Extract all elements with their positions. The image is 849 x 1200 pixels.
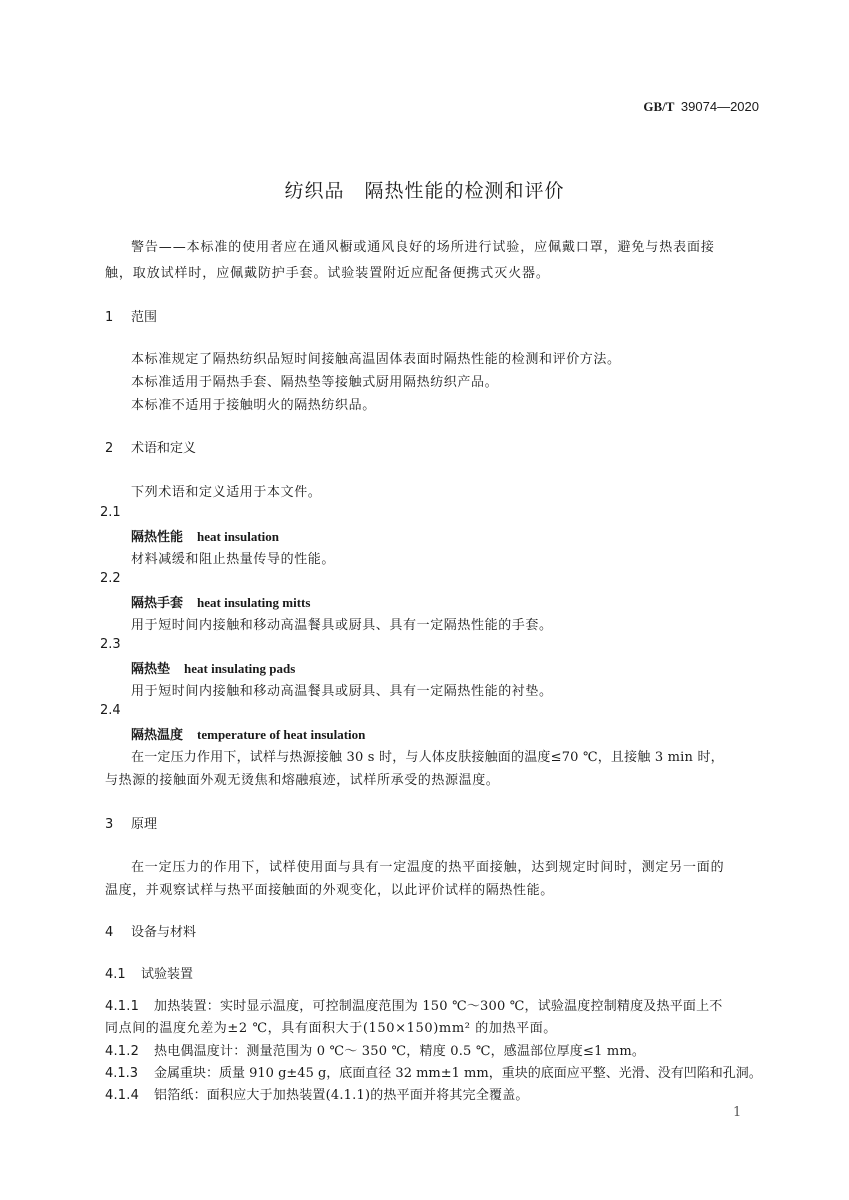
section-4-heading: 4设备与材料 bbox=[105, 921, 196, 940]
principle-line-2: 温度，并观察试样与热平面接触面的外观变化，以此评价试样的隔热性能。 bbox=[105, 879, 554, 898]
document-title: 纺织品 隔热性能的检测和评价 bbox=[0, 176, 849, 203]
warning-line-2: 触，取放试样时，应佩戴防护手套。试验装置附近应配备便携式灭火器。 bbox=[105, 262, 550, 281]
scope-paragraph-2: 本标准适用于隔热手套、隔热垫等接触式厨用隔热纺织产品。 bbox=[131, 371, 498, 390]
standard-code: GB/T 39074—2020 bbox=[643, 99, 759, 115]
term-2-4-title: 隔热温度temperature of heat insulation bbox=[131, 724, 365, 743]
term-2-1-number: 2.1 bbox=[100, 505, 121, 520]
clause-4-1-4: 4.1.4铝箔纸：面积应大于加热装置(4.1.1)的热平面并将其完全覆盖。 bbox=[105, 1084, 529, 1103]
standard-prefix: GB/T bbox=[643, 99, 674, 114]
term-2-2-definition: 用于短时间内接触和移动高温餐具或厨具、具有一定隔热性能的手套。 bbox=[131, 614, 553, 633]
warning-line-1: 警告——本标准的使用者应在通风橱或通风良好的场所进行试验，应佩戴口罩，避免与热表… bbox=[131, 236, 715, 255]
term-2-3-title: 隔热垫heat insulating pads bbox=[131, 658, 295, 677]
terms-intro: 下列术语和定义适用于本文件。 bbox=[131, 481, 321, 500]
clause-4-1-3: 4.1.3金属重块：质量 910 g±45 g，底面直径 32 mm±1 mm，… bbox=[105, 1062, 762, 1081]
term-2-1-definition: 材料减缓和阻止热量传导的性能。 bbox=[131, 548, 335, 567]
page-number: 1 bbox=[733, 1105, 741, 1120]
subsection-4-1-heading: 4.1试验装置 bbox=[105, 963, 193, 982]
term-2-4-definition-line-1: 在一定压力作用下，试样与热源接触 30 s 时，与人体皮肤接触面的温度≤70 ℃… bbox=[131, 746, 724, 765]
clause-4-1-2: 4.1.2热电偶温度计：测量范围为 0 ℃～ 350 ℃，精度 0.5 ℃，感温… bbox=[105, 1040, 645, 1059]
term-2-2-number: 2.2 bbox=[100, 571, 121, 586]
clause-4-1-1-line-2: 同点间的温度允差为±2 ℃，具有面积大于(150×150)mm² 的加热平面。 bbox=[105, 1017, 557, 1036]
term-2-3-number: 2.3 bbox=[100, 637, 121, 652]
term-2-2-title: 隔热手套heat insulating mitts bbox=[131, 592, 310, 611]
section-3-heading: 3原理 bbox=[105, 813, 157, 832]
term-2-3-definition: 用于短时间内接触和移动高温餐具或厨具、具有一定隔热性能的衬垫。 bbox=[131, 680, 553, 699]
section-2-heading: 2术语和定义 bbox=[105, 437, 196, 456]
section-1-heading: 1范围 bbox=[105, 306, 157, 325]
term-2-1-title: 隔热性能heat insulation bbox=[131, 526, 279, 545]
clause-4-1-1-line-1: 4.1.1加热装置：实时显示温度，可控制温度范围为 150 ℃～300 ℃，试验… bbox=[105, 995, 723, 1014]
term-2-4-number: 2.4 bbox=[100, 703, 121, 718]
scope-paragraph-3: 本标准不适用于接触明火的隔热纺织品。 bbox=[131, 394, 376, 413]
standard-number: 39074—2020 bbox=[681, 99, 759, 114]
scope-paragraph-1: 本标准规定了隔热纺织品短时间接触高温固体表面时隔热性能的检测和评价方法。 bbox=[131, 348, 621, 367]
principle-line-1: 在一定压力的作用下，试样使用面与具有一定温度的热平面接触，达到规定时间时，测定另… bbox=[131, 856, 724, 875]
term-2-4-definition-line-2: 与热源的接触面外观无烫焦和熔融痕迹，试样所承受的热源温度。 bbox=[105, 769, 499, 788]
